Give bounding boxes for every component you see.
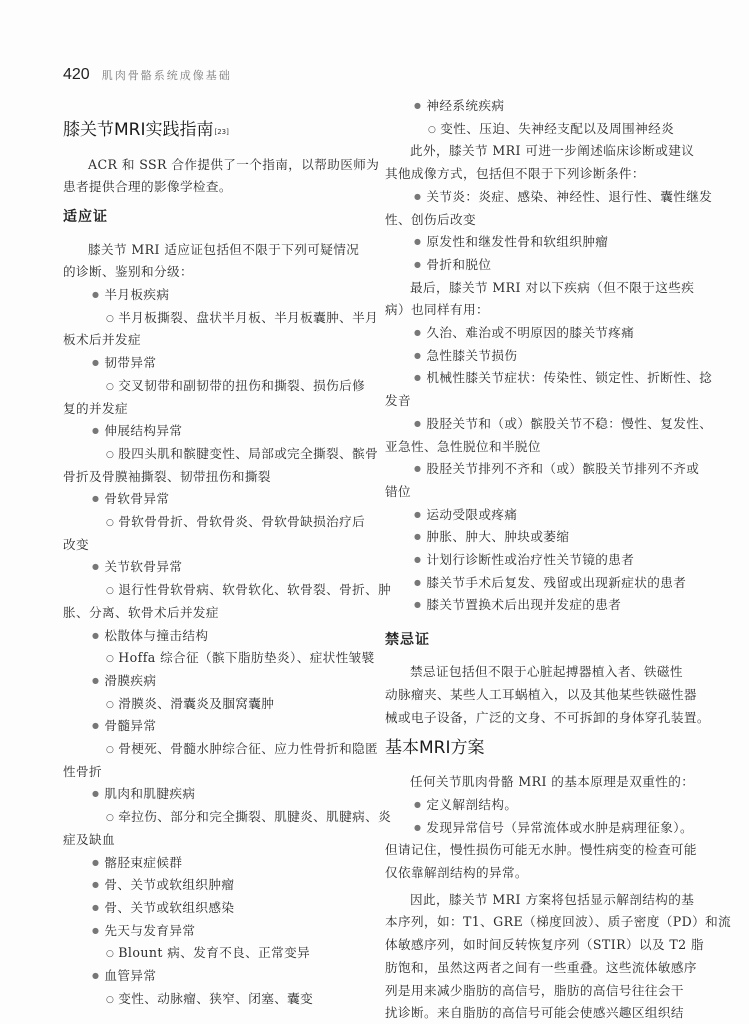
protocol-title: 基本MRI方案 — [385, 738, 485, 758]
indications-heading: 适应证 — [63, 207, 108, 227]
sub-item: 骨软骨骨折、骨软骨炎、骨软骨缺损治疗后 — [106, 512, 365, 534]
sub-item: 胀、分离、软骨术后并发症 — [63, 603, 219, 623]
sub-item: 骨梗死、骨髓水肿综合征、应力性骨折和隐匿 — [106, 739, 378, 761]
sub-item: 板术后并发症 — [63, 330, 141, 350]
para-line: 本序列，如：T1、GRE（梯度回波）、质子密度（PD）和流 — [385, 912, 731, 932]
page-number: 420 — [63, 66, 90, 84]
bullet-item: 仅依靠解剖结构的异常。 — [385, 863, 528, 883]
bullet-item: 膝关节置换术后出现并发症的患者 — [414, 595, 621, 617]
bullet-item: 骨、关节或软组织感染 — [92, 898, 234, 920]
bullet-item: 关节软骨异常 — [92, 557, 182, 579]
bullet-item: 滑膜疾病 — [92, 671, 156, 693]
bullet-item: 神经系统疾病 — [414, 96, 504, 118]
indications-intro-1: 膝关节 MRI 适应证包括但不限于下列可疑情况 — [88, 240, 359, 260]
bullet-item: 韧带异常 — [92, 353, 156, 375]
citation-ref: [23] — [215, 128, 229, 136]
page-header: 420 肌肉骨骼系统成像基础 — [63, 66, 232, 88]
intro-line-2: 患者提供合理的影像学检查。 — [63, 177, 232, 197]
para-line: 扰诊断。来自脂肪的高信号可能会使感兴趣区组织结 — [385, 1003, 684, 1023]
para-line: 因此，膝关节 MRI 方案将包括显示解剖结构的基 — [410, 890, 694, 910]
book-page: 420 肌肉骨骼系统成像基础 膝关节MRI实践指南[23]ACR 和 SSR 合… — [0, 0, 749, 1024]
bullet-item: 性、创伤后改变 — [385, 210, 476, 230]
bullet-item: 膝关节手术后复发、残留或出现新症状的患者 — [414, 573, 686, 595]
bullet-item: 运动受限或疼痛 — [414, 505, 517, 527]
sub-item: 骨折及骨膜袖撕裂、韧带扭伤和撕裂 — [63, 467, 271, 487]
bullet-item: 肌肉和肌腱疾病 — [92, 784, 195, 806]
sub-item: 退行性骨软骨病、软骨软化、软骨裂、骨折、肿 — [106, 580, 391, 602]
para-line: 禁忌证包括但不限于心脏起搏器植入者、铁磁性 — [410, 662, 683, 682]
sub-item: 性骨折 — [63, 762, 102, 782]
para-line: 此外，膝关节 MRI 可进一步阐述临床诊断或建议 — [410, 141, 694, 161]
bullet-item: 股胫关节排列不齐和（或）髌股关节排列不齐或 — [414, 459, 699, 481]
sub-item: 变性、动脉瘤、狭窄、闭塞、囊变 — [106, 989, 313, 1011]
section-title: 膝关节MRI实践指南[23] — [63, 120, 229, 140]
bullet-item: 急性膝关节损伤 — [414, 346, 517, 368]
indications-intro-2: 的诊断、鉴别和分级： — [63, 262, 193, 282]
bullet-item: 但请记住，慢性损伤可能无水肿。慢性病变的检查可能 — [385, 840, 697, 860]
sub-item: 半月板撕裂、盘状半月板、半月板囊肿、半月 — [106, 308, 378, 330]
contraindications-heading: 禁忌证 — [385, 630, 430, 650]
bullet-item: 松散体与撞击结构 — [92, 626, 208, 648]
bullet-item: 血管异常 — [92, 966, 156, 988]
sub-item: 复的并发症 — [63, 399, 128, 419]
sub-item: 股四头肌和髌腱变性、局部或完全撕裂、髌骨 — [106, 444, 378, 466]
bullet-item: 伸展结构异常 — [92, 421, 182, 443]
bullet-item: 发现异常信号（异常流体或水肿是病理征象）。 — [414, 818, 693, 840]
bullet-item: 先天与发育异常 — [92, 921, 195, 943]
sub-item: 变性、压迫、失神经支配以及周围神经炎 — [428, 119, 674, 141]
para-line: 体敏感序列，如时间反转恢复序列（STIR）以及 T2 脂 — [385, 935, 704, 955]
para-line: 其他成像方式，包括但不限于下列诊断条件： — [385, 164, 645, 184]
para-line: 动脉瘤夹、某些人工耳蜗植入，以及其他某些铁磁性器 — [385, 685, 697, 705]
bullet-item: 肿胀、肿大、肿块或萎缩 — [414, 527, 569, 549]
bullet-item: 关节炎：炎症、感染、神经性、退行性、囊性继发 — [414, 187, 712, 209]
bullet-item: 发音 — [385, 391, 411, 411]
sub-item: Blount 病、发育不良、正常变异 — [106, 943, 310, 965]
bullet-item: 定义解剖结构。 — [414, 795, 517, 817]
bullet-item: 髂胫束症候群 — [92, 853, 182, 875]
bullet-item: 股胫关节和（或）髌股关节不稳：慢性、复发性、 — [414, 414, 712, 436]
bullet-item: 骨、关节或软组织肿瘤 — [92, 875, 234, 897]
bullet-item: 骨髓异常 — [92, 716, 156, 738]
sub-item: 症及缺血 — [63, 830, 115, 850]
sub-item: 牵拉伤、部分和完全撕裂、肌腱炎、肌腱病、炎 — [106, 807, 391, 829]
bullet-item: 错位 — [385, 482, 411, 502]
sub-item: 滑膜炎、滑囊炎及腘窝囊肿 — [106, 694, 274, 716]
sub-item: Hoffa 综合征（髌下脂肪垫炎）、症状性皱襞 — [106, 648, 375, 670]
bullet-item: 亚急性、急性脱位和半脱位 — [385, 437, 541, 457]
bullet-item: 久治、难治或不明原因的膝关节疼痛 — [414, 323, 634, 345]
running-title: 肌肉骨骼系统成像基础 — [102, 67, 232, 83]
bullet-item: 原发性和继发性骨和软组织肿瘤 — [414, 232, 608, 254]
bullet-item: 骨软骨异常 — [92, 489, 169, 511]
sub-item: 交叉韧带和副韧带的扭伤和撕裂、损伤后修 — [106, 376, 365, 398]
intro-line-1: ACR 和 SSR 合作提供了一个指南，以帮助医师为 — [88, 155, 379, 175]
bullet-item: 骨折和脱位 — [414, 255, 491, 277]
bullet-item: 半月板疾病 — [92, 285, 169, 307]
para-line: 肪饱和，虽然这两者之间有一些重叠。这些流体敏感序 — [385, 958, 697, 978]
para-line: 械或电子设备，广泛的文身、不可拆卸的身体穿孔装置。 — [385, 708, 710, 728]
sub-item: 改变 — [63, 535, 89, 555]
para-line: 病）也同样有用： — [385, 300, 489, 320]
para-line: 最后，膝关节 MRI 对以下疾病（但不限于这些疾 — [410, 278, 694, 298]
para-line: 列是用来减少脂肪的高信号，脂肪的高信号往往会干 — [385, 981, 684, 1001]
bullet-item: 计划行诊断性或治疗性关节镜的患者 — [414, 550, 634, 572]
protocol-intro: 任何关节肌肉骨骼 MRI 的基本原理是双重性的： — [410, 772, 694, 792]
bullet-item: 机械性膝关节症状：传染性、锁定性、折断性、捻 — [414, 368, 712, 390]
